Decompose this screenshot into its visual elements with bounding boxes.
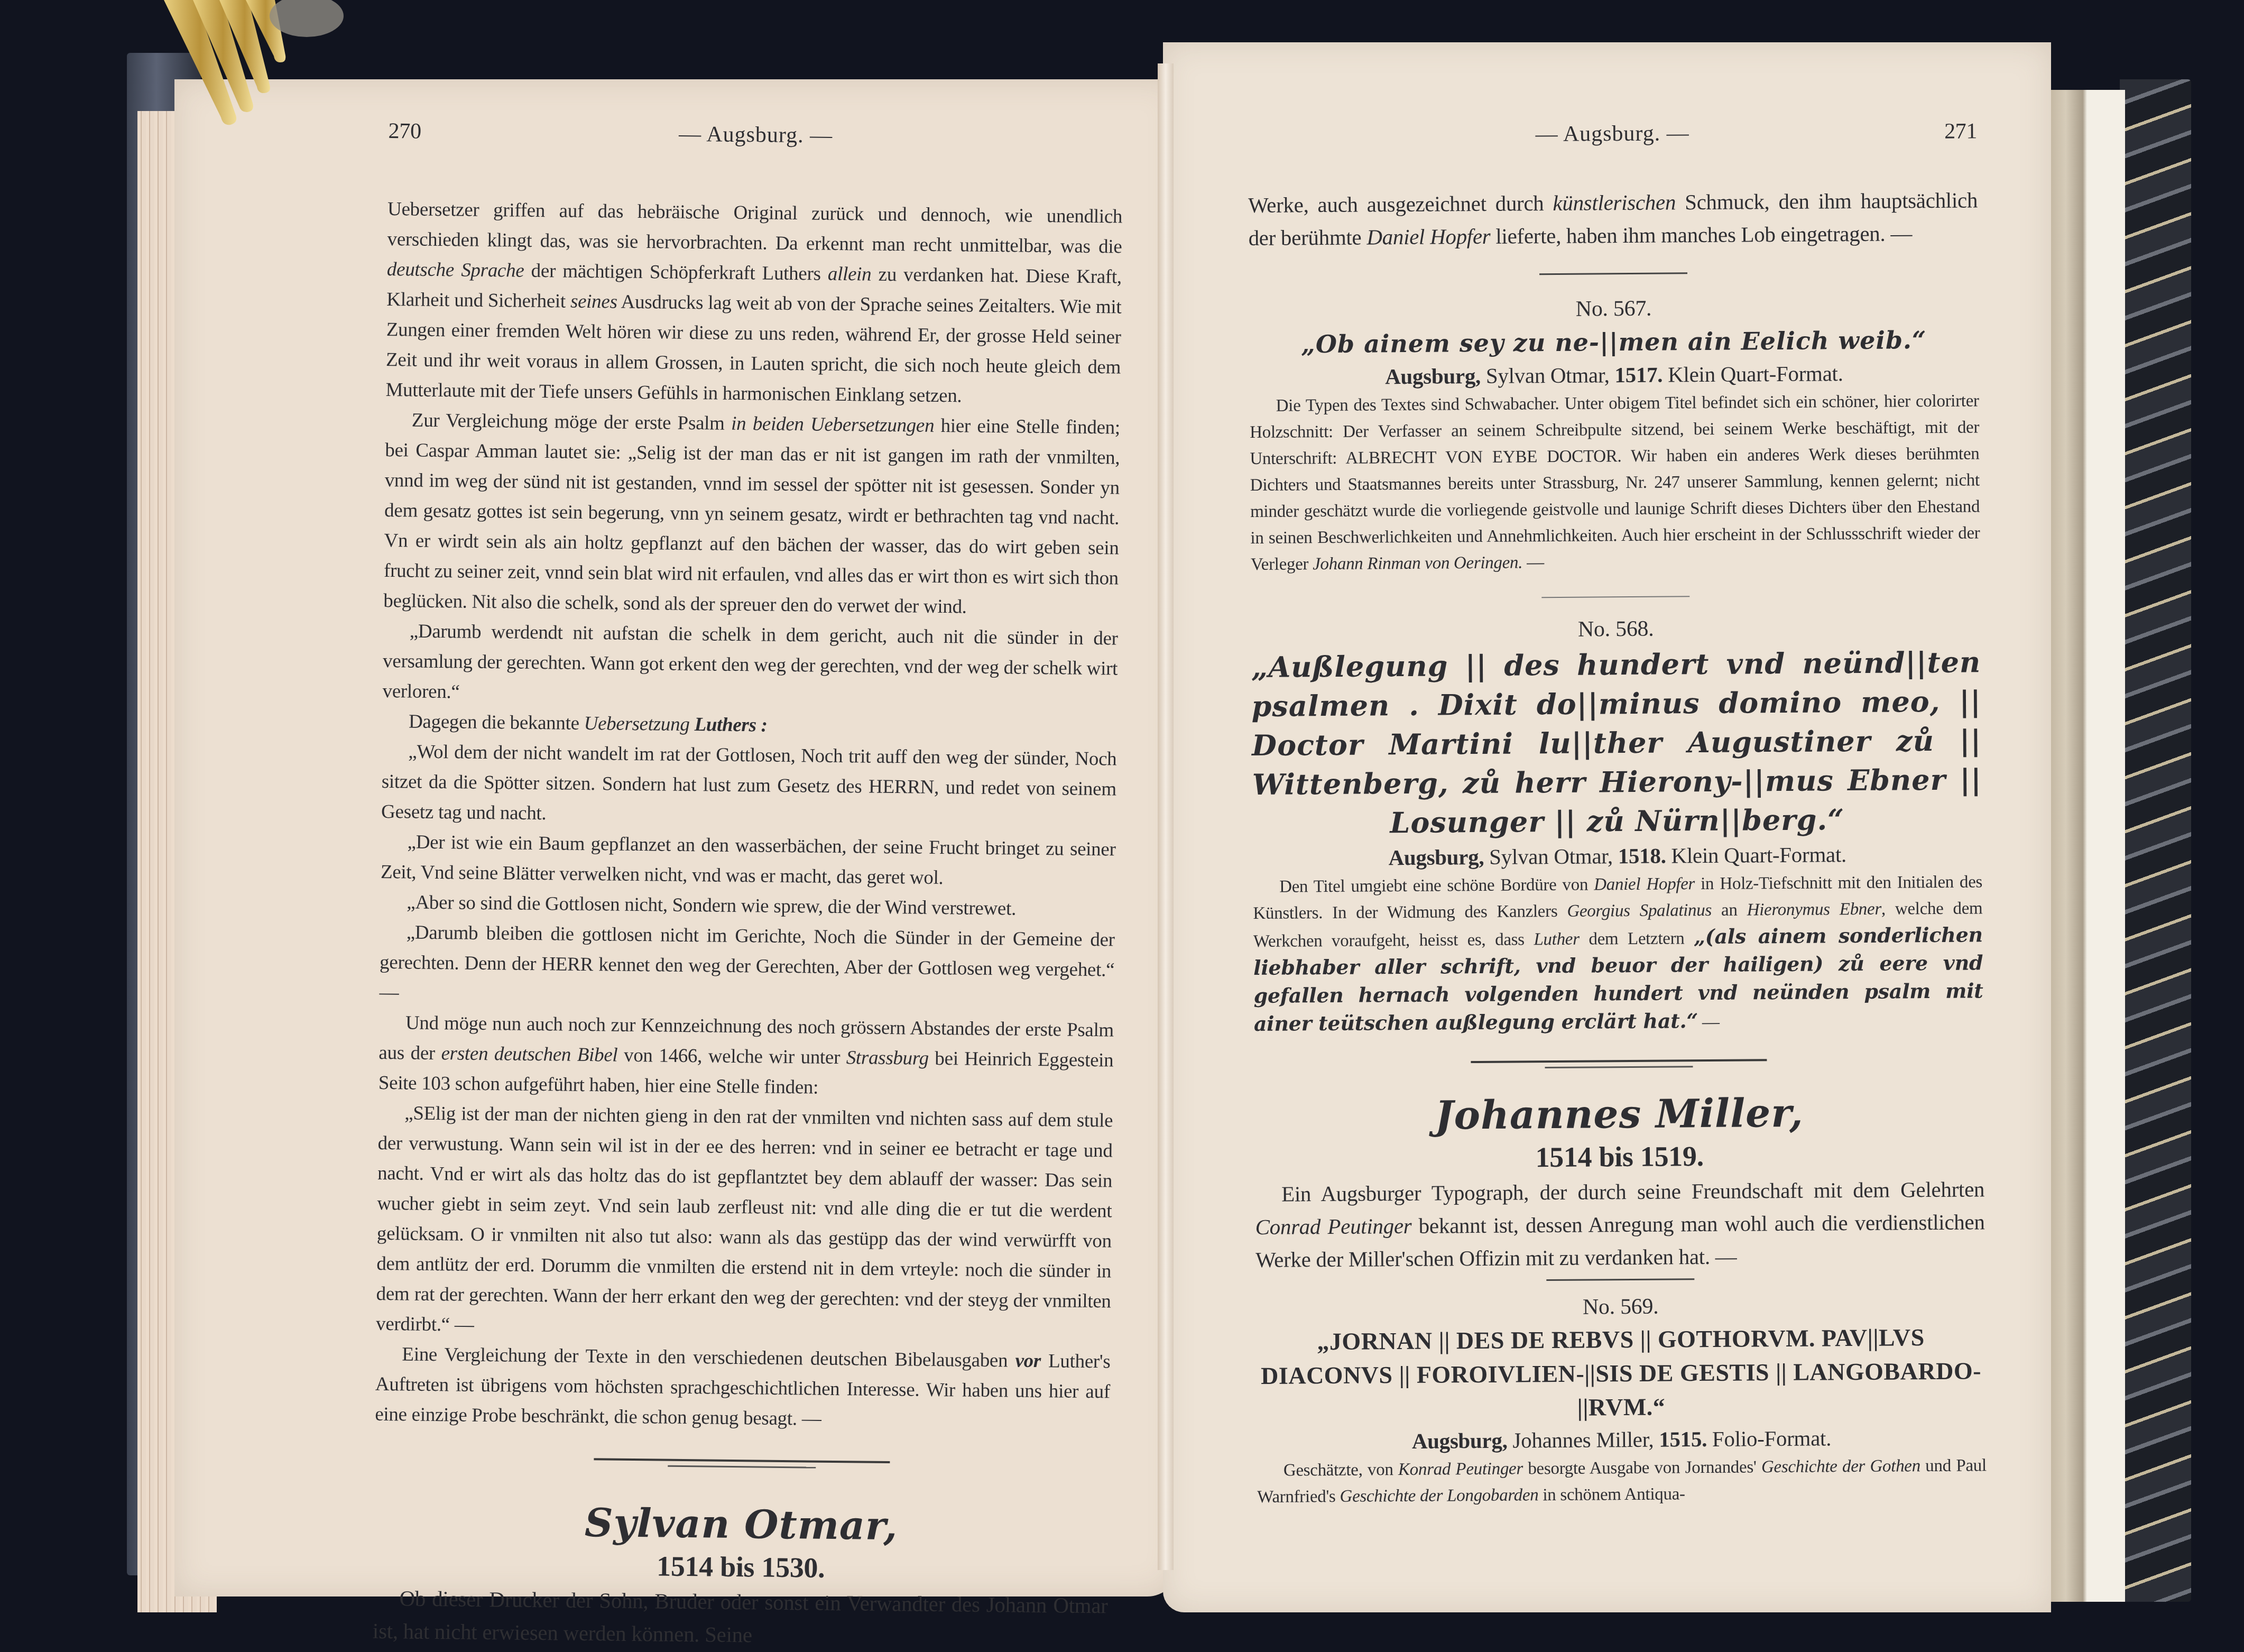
left-page-content: 270 — Augsburg. — 000 Uebersetzer griffe…	[373, 116, 1123, 1652]
entry-imprint: Augsburg, Sylvan Otmar, 1517. Klein Quar…	[1249, 357, 1979, 393]
paragraph: Und möge nun auch noch zur Kennzeichnung…	[378, 1008, 1114, 1106]
entry-title: „Außlegung || des hundert vnd neünd||ten…	[1251, 642, 1982, 843]
section-title-johannes-miller: Johannes Miller,	[1254, 1088, 1984, 1141]
catalog-entry-569: No. 569. „JORNAN || DES DE REBVS || GOTH…	[1255, 1288, 1987, 1510]
divider	[1546, 1278, 1694, 1281]
entry-description: Den Titel umgiebt eine schöne Bordüre vo…	[1253, 869, 1983, 1039]
running-head-title: — Augsburg. —	[1280, 117, 1944, 152]
book-gutter	[1158, 63, 1174, 1570]
paragraph: Uebersetzer griffen auf das hebräische O…	[385, 194, 1122, 413]
paragraph: „Darumb werdendt nit aufstan die schelk …	[382, 616, 1118, 714]
running-head-title: — Augsburg. —	[421, 117, 1091, 154]
section-intro: Ein Augsburger Typograph, der durch sein…	[1255, 1173, 1985, 1276]
section-intro: Ob dieser Drucker der Sohn, Bruder oder …	[373, 1582, 1108, 1652]
page-edges-right	[2040, 90, 2125, 1602]
entry-title: „JORNAN || DES DE REBVS || GOTHORVM. PAV…	[1256, 1320, 1986, 1427]
entry-imprint: Augsburg, Sylvan Otmar, 1518. Klein Quar…	[1253, 838, 1982, 874]
book-cover-right-marbled	[2120, 79, 2191, 1602]
page-number-left: 270	[388, 116, 421, 147]
hand-bookmark-icon	[100, 0, 344, 132]
entry-imprint: Augsburg, Johannes Miller, 1515. Folio-F…	[1257, 1422, 1986, 1457]
divider	[1539, 272, 1687, 275]
quote-paragraph: „Wol dem der nicht wandelt im rat der Go…	[381, 736, 1117, 835]
right-page-content: 000 — Augsburg. — 271 Werke, auch ausgez…	[1248, 116, 1987, 1510]
catalog-entry-567: No. 567. „Ob ainem sey zu ne-||men ain E…	[1249, 290, 1980, 578]
paragraph: Werke, auch ausgezeichnet durch künstler…	[1248, 183, 1978, 254]
section-years: 1514 bis 1519.	[1254, 1136, 1984, 1178]
section-divider	[594, 1458, 890, 1471]
page-number-right: 271	[1944, 116, 1978, 146]
paragraph: Zur Vergleichung möge der erste Psalm in…	[383, 405, 1120, 624]
entry-description: Die Typen des Textes sind Schwabacher. U…	[1250, 387, 1980, 578]
quote-paragraph: „Darumb bleiben die gottlosen nicht im G…	[379, 917, 1115, 1016]
entry-number: No. 568.	[1251, 611, 1981, 648]
section-title-sylvan-otmar: Sylvan Otmar,	[374, 1497, 1109, 1553]
paragraph: Eine Vergleichung der Texte in den versc…	[375, 1339, 1111, 1437]
entry-number: No. 567.	[1249, 290, 1978, 327]
quote-paragraph: „SElig ist der man der nichten gieng in …	[376, 1098, 1113, 1347]
entry-number: No. 569.	[1255, 1288, 1985, 1325]
catalog-entry-568: No. 568. „Außlegung || des hundert vnd n…	[1251, 611, 1984, 1039]
section-divider	[1471, 1059, 1767, 1070]
entry-title: „Ob ainem sey zu ne-||men ain Eelich wei…	[1249, 322, 1979, 362]
quote-paragraph: „Der ist wie ein Baum gepflanzet an den …	[381, 827, 1116, 895]
divider	[1541, 596, 1689, 598]
entry-description: Geschätzte, von Konrad Peutinger besorgt…	[1257, 1452, 1987, 1510]
right-running-head: 000 — Augsburg. — 271	[1248, 116, 1977, 152]
